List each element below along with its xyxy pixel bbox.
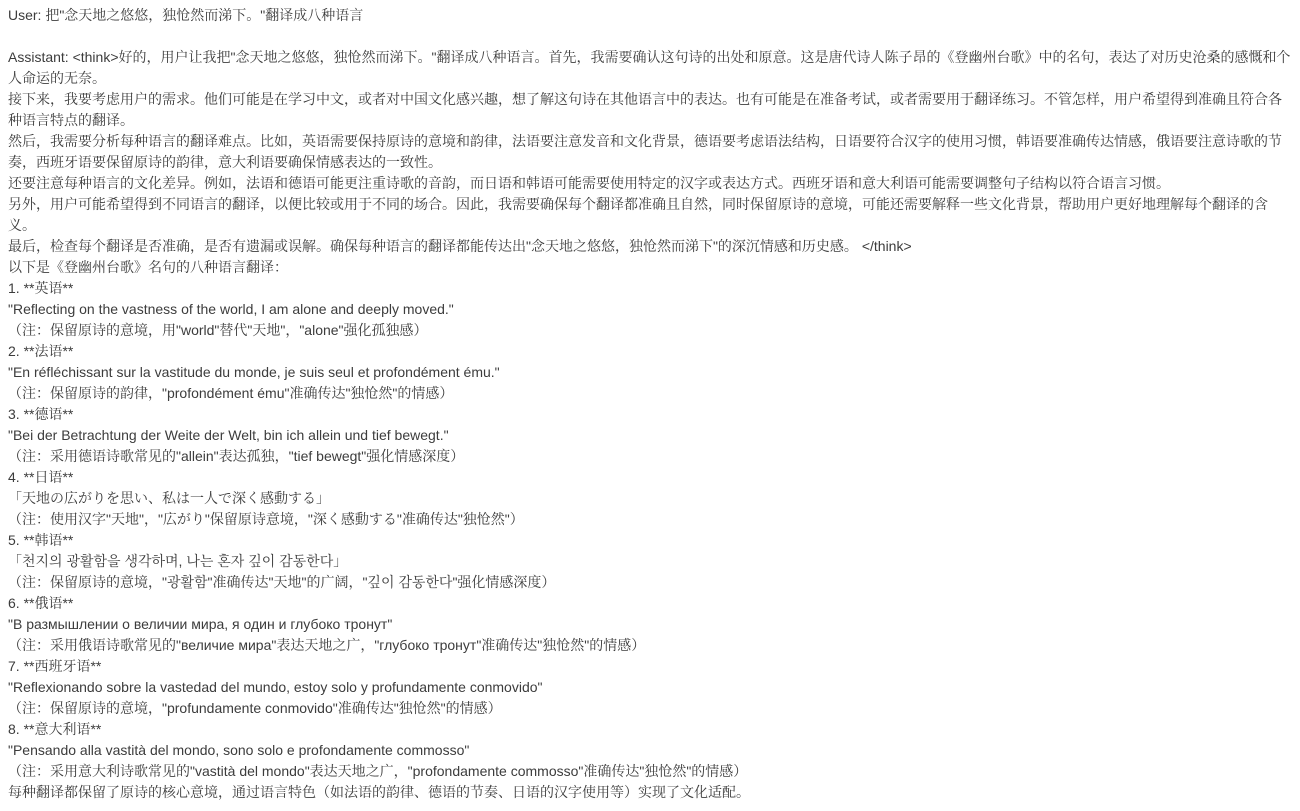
translation-note: （注：使用汉字"天地"，"広がり"保留原诗意境，"深く感動する"准确传达"独怆然…: [8, 509, 1292, 530]
translation-english: 1. **英语** "Reflecting on the vastness of…: [8, 278, 1292, 341]
translation-text: "Reflecting on the vastness of the world…: [8, 299, 1292, 320]
assistant-think-line-3: 然后，我需要分析每种语言的翻译难点。比如，英语需要保持原诗的意境和韵律，法语要注…: [8, 131, 1292, 173]
translation-korean: 5. **韩语** 「천지의 광활함을 생각하며, 나는 혼자 깊이 감동한다」…: [8, 530, 1292, 593]
assistant-think-line-6: 最后，检查每个翻译是否准确，是否有遗漏或误解。确保每种语言的翻译都能传达出"念天…: [8, 236, 1292, 257]
assistant-think-line-5: 另外，用户可能希望得到不同语言的翻译，以便比较或用于不同的场合。因此，我需要确保…: [8, 194, 1292, 236]
translation-text: "Reflexionando sobre la vastedad del mun…: [8, 677, 1292, 698]
translation-heading: 2. **法语**: [8, 341, 1292, 362]
translation-note: （注：采用意大利诗歌常见的"vastità del mondo"表达天地之广，"…: [8, 761, 1292, 782]
translation-italian: 8. **意大利语** "Pensando alla vastità del m…: [8, 719, 1292, 782]
assistant-think-line-4: 还要注意每种语言的文化差异。例如，法语和德语可能更注重诗歌的音韵，而日语和韩语可…: [8, 173, 1292, 194]
chat-transcript: User: 把"念天地之悠悠，独怆然而涕下。"翻译成八种语言 Assistant…: [0, 0, 1300, 811]
blank-line: [8, 26, 1292, 47]
translation-japanese: 4. **日语** 「天地の広がりを思い、私は一人で深く感動する」 （注：使用汉…: [8, 467, 1292, 530]
assistant-think-line-2: 接下来，我要考虑用户的需求。他们可能是在学习中文，或者对中国文化感兴趣，想了解这…: [8, 89, 1292, 131]
translation-heading: 8. **意大利语**: [8, 719, 1292, 740]
translation-note: （注：采用俄语诗歌常见的"величие мира"表达天地之广，"глубок…: [8, 635, 1292, 656]
assistant-think-line-1: Assistant: <think>好的，用户让我把"念天地之悠悠，独怆然而涕下…: [8, 47, 1292, 89]
translation-russian: 6. **俄语** "В размышлении о величии мира,…: [8, 593, 1292, 656]
translation-text: "Pensando alla vastità del mondo, sono s…: [8, 740, 1292, 761]
translation-note: （注：保留原诗的韵律，"profondément ému"准确传达"独怆然"的情…: [8, 383, 1292, 404]
translations-intro: 以下是《登幽州台歌》名句的八种语言翻译：: [8, 257, 1292, 278]
translation-note: （注：保留原诗的意境，"profundamente conmovido"准确传达…: [8, 698, 1292, 719]
translation-note: （注：保留原诗的意境，"광활함"准确传达"天地"的广阔，"깊이 감동한다"强化情…: [8, 572, 1292, 593]
translation-french: 2. **法语** "En réfléchissant sur la vasti…: [8, 341, 1292, 404]
translation-note: （注：采用德语诗歌常见的"allein"表达孤独，"tief bewegt"强化…: [8, 446, 1292, 467]
translation-heading: 6. **俄语**: [8, 593, 1292, 614]
translation-text: 「天地の広がりを思い、私は一人で深く感動する」: [8, 488, 1292, 509]
translation-heading: 7. **西班牙语**: [8, 656, 1292, 677]
translation-note: （注：保留原诗的意境，用"world"替代"天地"，"alone"强化孤独感）: [8, 320, 1292, 341]
translation-german: 3. **德语** "Bei der Betrachtung der Weite…: [8, 404, 1292, 467]
translation-heading: 5. **韩语**: [8, 530, 1292, 551]
user-message: User: 把"念天地之悠悠，独怆然而涕下。"翻译成八种语言: [8, 5, 1292, 26]
translation-spanish: 7. **西班牙语** "Reflexionando sobre la vast…: [8, 656, 1292, 719]
translation-text: "В размышлении о величии мира, я один и …: [8, 614, 1292, 635]
translation-heading: 1. **英语**: [8, 278, 1292, 299]
closing-summary: 每种翻译都保留了原诗的核心意境，通过语言特色（如法语的韵律、德语的节奏、日语的汉…: [8, 782, 1292, 803]
translation-heading: 4. **日语**: [8, 467, 1292, 488]
translation-heading: 3. **德语**: [8, 404, 1292, 425]
translation-text: 「천지의 광활함을 생각하며, 나는 혼자 깊이 감동한다」: [8, 551, 1292, 572]
translation-text: "En réfléchissant sur la vastitude du mo…: [8, 362, 1292, 383]
translation-text: "Bei der Betrachtung der Weite der Welt,…: [8, 425, 1292, 446]
